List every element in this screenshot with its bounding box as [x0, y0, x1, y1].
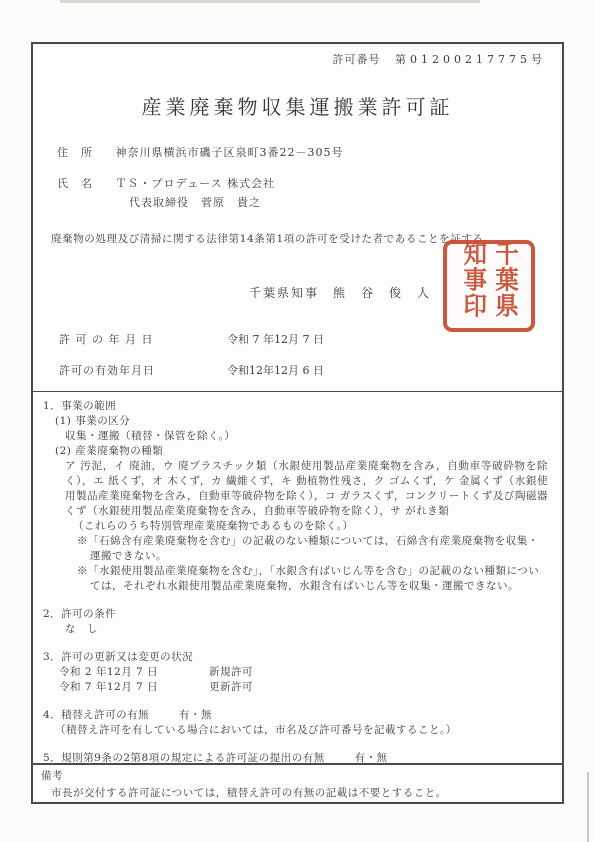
conditions-heading: 2．許可の条件: [43, 607, 562, 622]
address-value: 神奈川県横浜市磯子区泉町3番22－305号: [116, 146, 344, 159]
permit-number-value: 第01200217775号: [395, 53, 546, 66]
scope-exclusion-note: （これらのうち特別管理産業廃棄物であるものを除く。）: [73, 519, 562, 534]
remarks-text: 市長が交付する許可証については，積替え許可の有無の記載は不要とすること。: [51, 785, 562, 800]
permit-date-value: 令和 7 年12月 7 日: [227, 331, 324, 347]
expiry-date-value: 令和12年12月 6 日: [227, 362, 324, 378]
scope-note-asbestos: ※「石綿含有産業廃棄物を含む」の記載のない種類については，石綿含有産業廃棄物を収…: [77, 534, 546, 564]
scope-heading: 1．事業の範囲: [43, 399, 562, 414]
company-name: ＴＳ・プロデュース 株式会社: [116, 177, 276, 190]
renewal-initial-label: 新規許可: [209, 665, 253, 680]
scan-artifact-right: [587, 772, 589, 842]
section-scope: 1．事業の範囲 (1) 事業の区分 収集・運搬（積替・保管を除く。） (2) 産…: [33, 399, 562, 594]
expiry-date-label: 許可の有効年月日: [59, 362, 227, 378]
renewal-initial-date: 令和 2 年12月 7 日: [59, 665, 209, 680]
section-divider: [33, 391, 562, 392]
section-transshipment: 4．積替え許可の有無 有・無 （積替え許可を有している場合においては，市名及び許…: [33, 708, 562, 738]
scope-types-label: (2) 産業廃棄物の種類: [55, 444, 562, 459]
address-line: 住 所 神奈川県横浜市磯子区泉町3番22－305号: [57, 144, 562, 160]
transshipment-note: （積替え許可を有している場合においては，市名及び許可番号を記載すること。）: [55, 723, 562, 738]
governor-seal: 千葉県知事印: [443, 240, 535, 332]
representative-line: 代表取締役 菅原 貴之: [129, 194, 562, 210]
conditions-value: な し: [65, 622, 562, 637]
permit-date-row: 許 可 の 年 月 日 令和 7 年12月 7 日: [59, 331, 562, 347]
permit-number-line: 許可番号 第01200217775号: [33, 44, 562, 67]
renewal-heading: 3．許可の更新又は変更の状況: [43, 650, 562, 665]
governor-seal-text: 千葉県知事印: [457, 241, 520, 332]
renewal-row-initial: 令和 2 年12月 7 日 新規許可: [59, 665, 562, 680]
renewal-update-label: 更新許可: [209, 680, 253, 695]
permit-date-label: 許 可 の 年 月 日: [59, 331, 227, 347]
expiry-date-row: 許可の有効年月日 令和12年12月 6 日: [59, 362, 562, 378]
transshipment-heading: 4．積替え許可の有無: [43, 709, 149, 721]
scope-note-mercury: ※「水銀使用製品産業廃棄物を含む」，「水銀含有ばいじん等を含む」の記載のない種類…: [77, 564, 546, 594]
section-conditions: 2．許可の条件 な し: [33, 607, 562, 637]
remarks-box: 備考 市長が交付する許可証については，積替え許可の有無の記載は不要とすること。: [31, 763, 564, 804]
renewal-update-date: 令和 7 年12月 7 日: [59, 680, 209, 695]
document-title: 産業廃棄物収集運搬業許可証: [33, 91, 562, 120]
renewal-row-update: 令和 7 年12月 7 日 更新許可: [59, 680, 562, 695]
transshipment-value: 有・無: [179, 709, 212, 721]
document-border-box: 許可番号 第01200217775号 産業廃棄物収集運搬業許可証 住 所 神奈川…: [31, 42, 564, 804]
permit-number-label: 許可番号: [333, 53, 381, 66]
transshipment-heading-line: 4．積替え許可の有無 有・無: [43, 708, 562, 723]
scope-division-label: (1) 事業の区分: [55, 414, 562, 429]
address-label: 住 所: [57, 146, 93, 159]
name-line: 氏 名 ＴＳ・プロデュース 株式会社: [57, 175, 562, 191]
name-label: 氏 名: [57, 177, 93, 190]
scope-types-text: ア 汚泥，イ 廃油，ウ 廃プラスチック類（水銀使用製品産業廃棄物を含み，自動車等…: [65, 459, 548, 519]
section-renewal: 3．許可の更新又は変更の状況 令和 2 年12月 7 日 新規許可 令和 7 年…: [33, 650, 562, 695]
scan-artifact-top: [60, 0, 480, 3]
remarks-label: 備考: [41, 768, 562, 783]
scope-division-value: 収集・運搬（積替・保管を除く。）: [65, 429, 562, 444]
